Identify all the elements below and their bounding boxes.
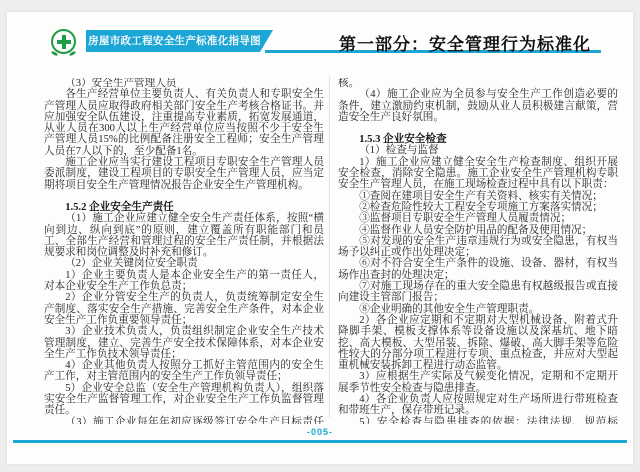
booklet-title-banner: 房屋市政工程安全生产标准化指导图册	[86, 30, 273, 52]
paragraph: 5）安全检查与隐患排查的依据：法律法规、规范标准、管理制	[338, 417, 618, 424]
paragraph: （1）检查与监督	[338, 145, 618, 156]
section-heading: 1.5.2 企业安全生产责任	[44, 202, 324, 213]
paragraph: ⑦对施工现场存在的重大安全隐患有权越级报告或直接向建设主管部门报告；	[338, 281, 618, 304]
right-column: 核。（4）施工企业应为全员参与安全生产工作创造必要的条件，建立激励约束机制，鼓励…	[338, 78, 618, 424]
paragraph: 施工企业应当实行建设工程项目专职安全生产管理人员委派制度，建设工程项目的专职安全…	[44, 157, 324, 191]
document-page: 房屋市政工程安全生产标准化指导图册 第一部分：安全管理行为标准化 （3）安全生产…	[7, 12, 633, 464]
paragraph: （3）安全生产管理人员	[44, 78, 324, 89]
paragraph: 5）企业安全总监（安全生产管理机构负责人），组织落实安全生产监督管理工作，对企业…	[44, 383, 324, 417]
paragraph: ④监督作业人员安全防护用品的配备及使用情况；	[338, 225, 618, 236]
paragraph: 核。	[338, 78, 618, 89]
paragraph: ③监督项目专职安全生产管理人员履责情况；	[338, 213, 618, 224]
section-title: 第一部分：安全管理行为标准化	[339, 30, 591, 55]
paragraph: 1）企业主要负责人是本企业安全生产的第一责任人，对本企业安全生产工作负总责；	[44, 270, 324, 293]
paragraph: （1）施工企业应建立健全安全生产责任体系，按照“横向到边、纵向到底”的原则，建立…	[44, 213, 324, 258]
paragraph: ⑥对不符合安全生产条件的设施、设备、器材，有权当场作出查封的处理决定；	[338, 258, 618, 281]
page-header: 房屋市政工程安全生产标准化指导图册 第一部分：安全管理行为标准化	[7, 28, 633, 68]
content-columns: （3）安全生产管理人员各生产经营单位主要负责人、有关负责人和专职安全生产管理人员…	[44, 78, 618, 424]
booklet-title: 房屋市政工程安全生产标准化指导图册	[88, 35, 261, 69]
paragraph: 1）施工企业应建立健全安全生产检查制度、组织开展安全检查，消除安全隐患。施工企业…	[338, 157, 618, 191]
paragraph: （4）施工企业应为全员参与安全生产工作创造必要的条件，建立激励约束机制，鼓励从业…	[338, 89, 618, 123]
section-heading: 1.5.3 企业安全检查	[338, 134, 618, 145]
paragraph: ①查阅在建项目安全生产有关资料、核实有关情况；	[338, 191, 618, 202]
logo-cross-horizontal	[57, 40, 71, 44]
paragraph: （3）施工企业每年年初应逐级签订安全生产目标责任书，落实安全生产责任，并对完成情…	[44, 417, 324, 424]
paragraph: 各生产经营单位主要负责人、有关负责人和专职安全生产管理人员应取得政府相关部门安全…	[44, 89, 324, 157]
paragraph: （2）企业关键岗位安全职责	[44, 258, 324, 269]
paragraph: 3）应根据生产实际及气候变化情况，定期和不定期开展季节性安全检查与隐患排查。	[338, 371, 618, 394]
paragraph: ⑤对发现的安全生产违章违规行为或安全隐患，有权当场予以纠正或作出处理决定；	[338, 236, 618, 259]
left-column: （3）安全生产管理人员各生产经营单位主要负责人、有关负责人和专职安全生产管理人员…	[44, 78, 324, 424]
page-number: -005-	[7, 427, 633, 437]
paragraph: 2）各企业应定期和不定期对大型机械设备、附着式升降脚手架、模板支撑体系等设备设施…	[338, 315, 618, 371]
paragraph: ②检查危险性较大工程安全专项施工方案落实情况；	[338, 202, 618, 213]
paragraph: 4）各企业负责人应按照规定对生产场所进行带班检查和带班生产，保存带班记录。	[338, 394, 618, 417]
paragraph: 2）企业分管安全生产的负责人，负责统筹制定安全生产制度、落实安全生产措施、完善安…	[44, 292, 324, 326]
paragraph: 4）企业其他负责人按照分工抓好主管范围内的安全生产工作，对主管范围内的安全生产工…	[44, 360, 324, 383]
footer-rule	[13, 440, 627, 443]
safety-cross-logo-icon	[51, 29, 76, 54]
paragraph: 3）企业技术负责人，负责组织制定企业安全生产技术管理制度，建立、完善生产安全技术…	[44, 326, 324, 360]
paragraph: ⑧企业明确的其他安全生产管理职责。	[338, 304, 618, 315]
